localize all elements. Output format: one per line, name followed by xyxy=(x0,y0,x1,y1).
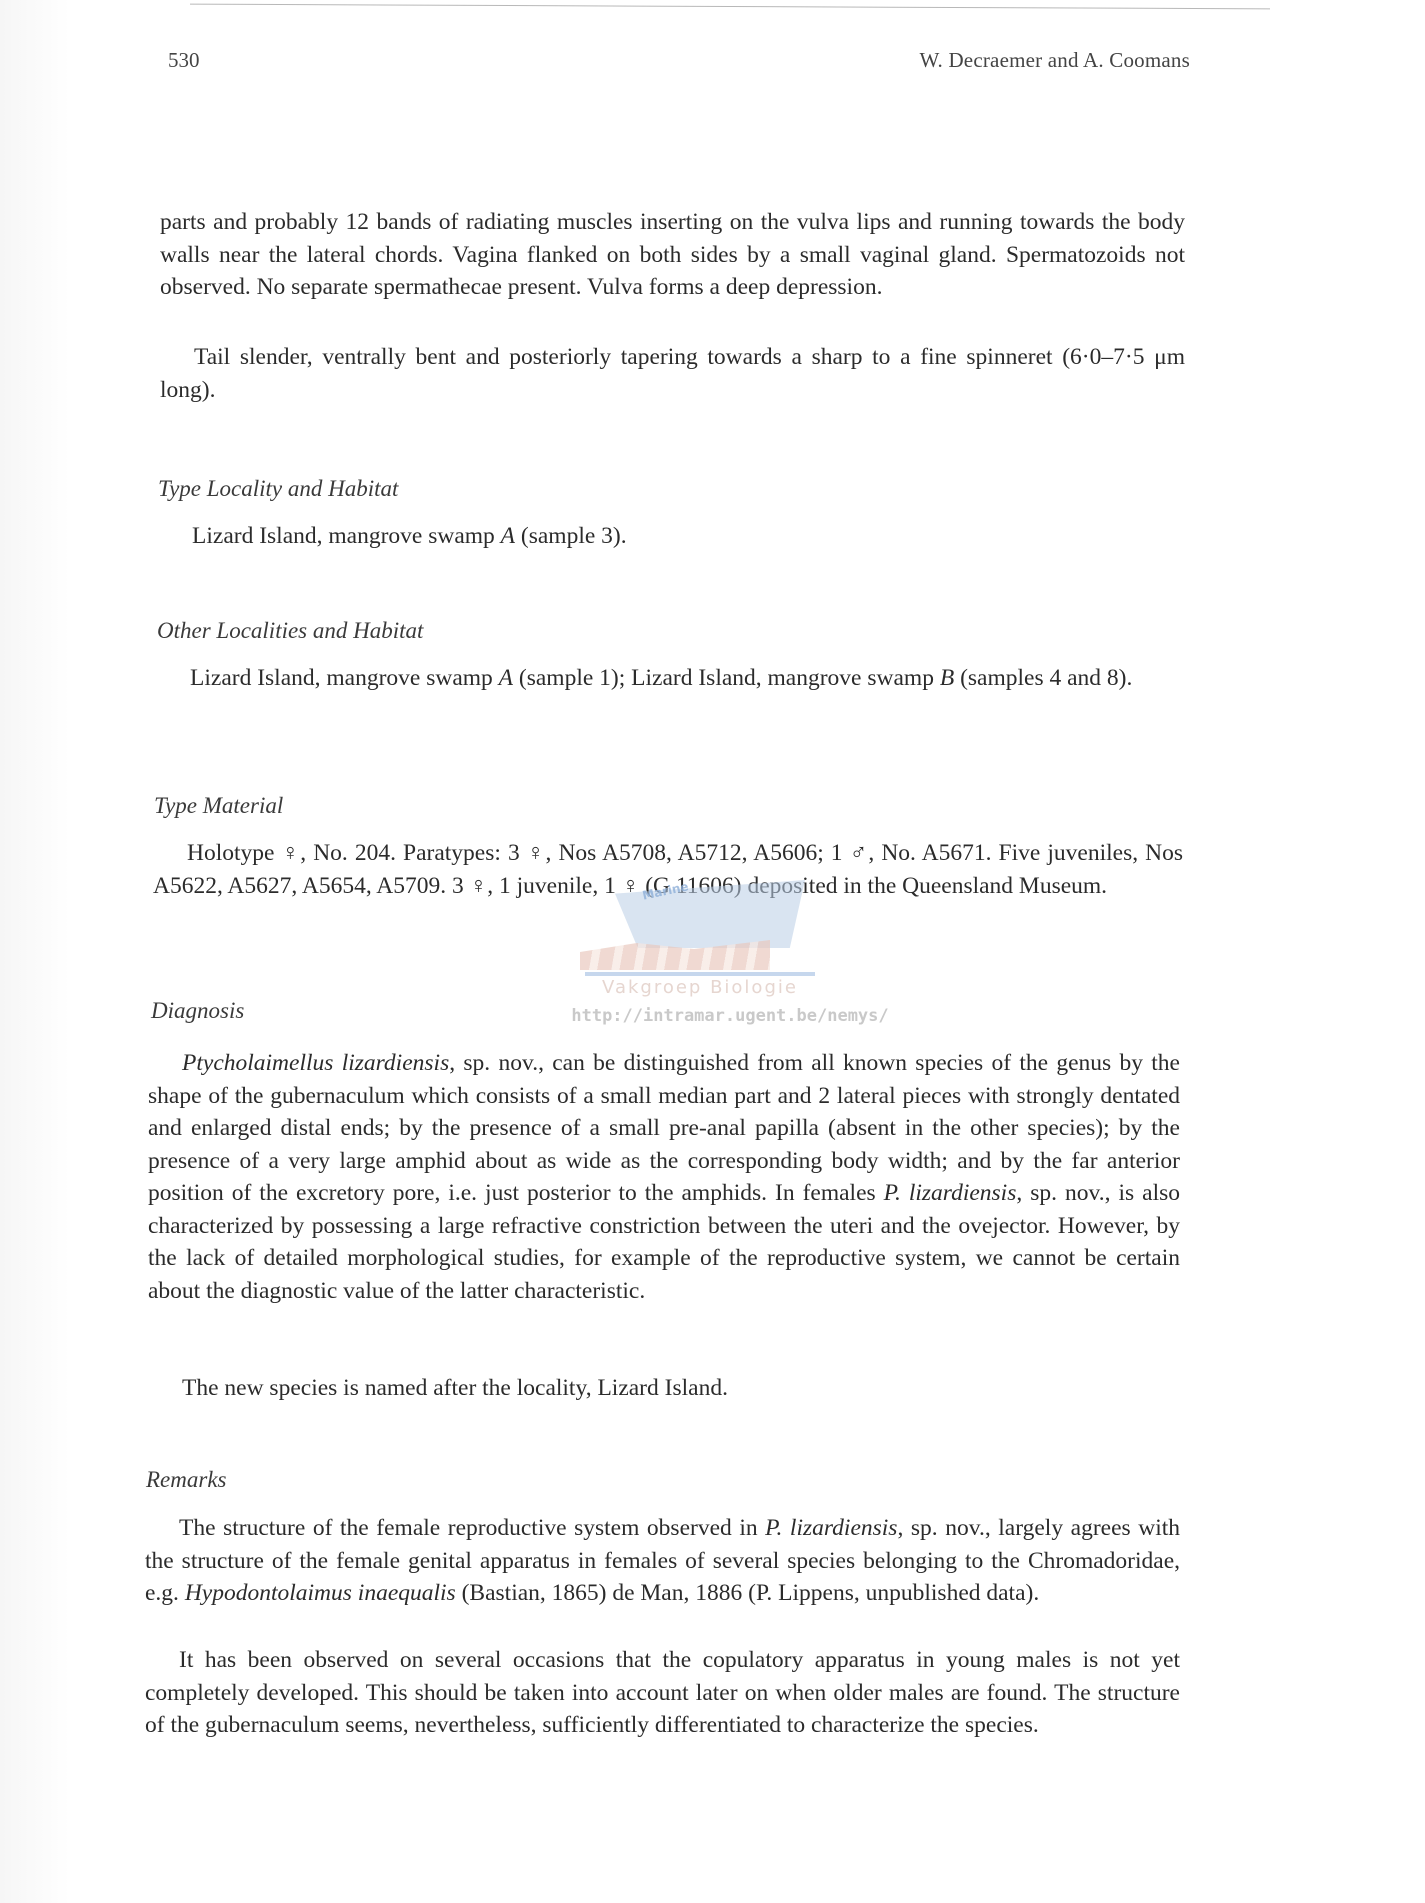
paragraph-remarks-copulatory: It has been observed on several occasion… xyxy=(145,1644,1180,1742)
scan-shadow xyxy=(0,0,70,1903)
watermark-org: Vakgroep Biologie xyxy=(585,977,815,998)
page-number: 530 xyxy=(168,48,200,73)
heading-type-material: Type Material xyxy=(154,793,283,819)
heading-type-locality: Type Locality and Habitat xyxy=(158,476,398,502)
paragraph-tail-description: Tail slender, ventrally bent and posteri… xyxy=(160,341,1185,406)
heading-remarks: Remarks xyxy=(146,1467,226,1493)
running-head-authors: W. Decraemer and A. Coomans xyxy=(919,48,1190,73)
paragraph-species-etymology: The new species is named after the local… xyxy=(148,1372,1180,1405)
heading-other-localities: Other Localities and Habitat xyxy=(157,618,423,644)
watermark-url: http://intramar.ugent.be/nemys/ xyxy=(570,1006,890,1026)
paragraph-vulva-description: parts and probably 12 bands of radiating… xyxy=(160,206,1185,304)
paragraph-type-locality: Lizard Island, mangrove swamp A (sample … xyxy=(192,520,1182,553)
paragraph-remarks-reproductive: The structure of the female reproductive… xyxy=(145,1512,1180,1610)
paragraph-other-localities: Lizard Island, mangrove swamp A (sample … xyxy=(156,662,1184,695)
scan-edge-line xyxy=(190,4,1270,16)
running-head: 530 W. Decraemer and A. Coomans xyxy=(0,48,1425,78)
watermark-divider xyxy=(585,972,815,976)
library-watermark: Marine Vakgroep Biologie http://intramar… xyxy=(570,880,870,1030)
heading-diagnosis: Diagnosis xyxy=(151,998,244,1024)
paragraph-diagnosis: Ptycholaimellus lizardiensis, sp. nov., … xyxy=(148,1047,1180,1307)
